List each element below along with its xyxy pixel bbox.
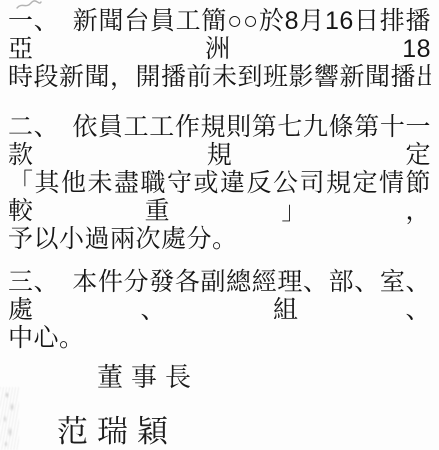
paragraph-3-line-2: 中心。: [8, 324, 431, 352]
signature-name: 范瑞穎: [57, 413, 177, 450]
paragraph-1-line-2: 時段新聞，開播前未到班影響新聞播出。: [8, 63, 431, 91]
paragraph-3: 三、 本件分發各副總經理、部、室、處、組、 中心。: [8, 268, 431, 352]
document-page: 一、 新聞台員工簡○○於8月16日排播亞洲18 時段新聞，開播前未到班影響新聞播…: [0, 0, 439, 450]
paragraph-2: 二、 依員工工作規則第七九條第十一款規定 「其他未盡職守或違反公司規定情節較重」…: [8, 113, 431, 253]
paragraph-2-line-3: 予以小過兩次處分。: [8, 225, 431, 253]
paragraph-1: 一、 新聞台員工簡○○於8月16日排播亞洲18 時段新聞，開播前未到班影響新聞播…: [8, 7, 431, 91]
paragraph-2-line-2: 「其他未盡職守或違反公司規定情節較重」，: [8, 169, 431, 225]
paragraph-2-line-1: 二、 依員工工作規則第七九條第十一款規定: [8, 113, 431, 169]
scan-smudge-artifact: [0, 387, 19, 450]
document-body: 一、 新聞台員工簡○○於8月16日排播亞洲18 時段新聞，開播前未到班影響新聞播…: [0, 0, 439, 352]
signature-title: 董事長: [97, 362, 199, 392]
scan-artifact-mark-icon: [15, 0, 43, 10]
paragraph-3-line-1: 三、 本件分發各副總經理、部、室、處、組、: [8, 268, 431, 324]
paragraph-1-line-1: 一、 新聞台員工簡○○於8月16日排播亞洲18: [8, 7, 431, 63]
